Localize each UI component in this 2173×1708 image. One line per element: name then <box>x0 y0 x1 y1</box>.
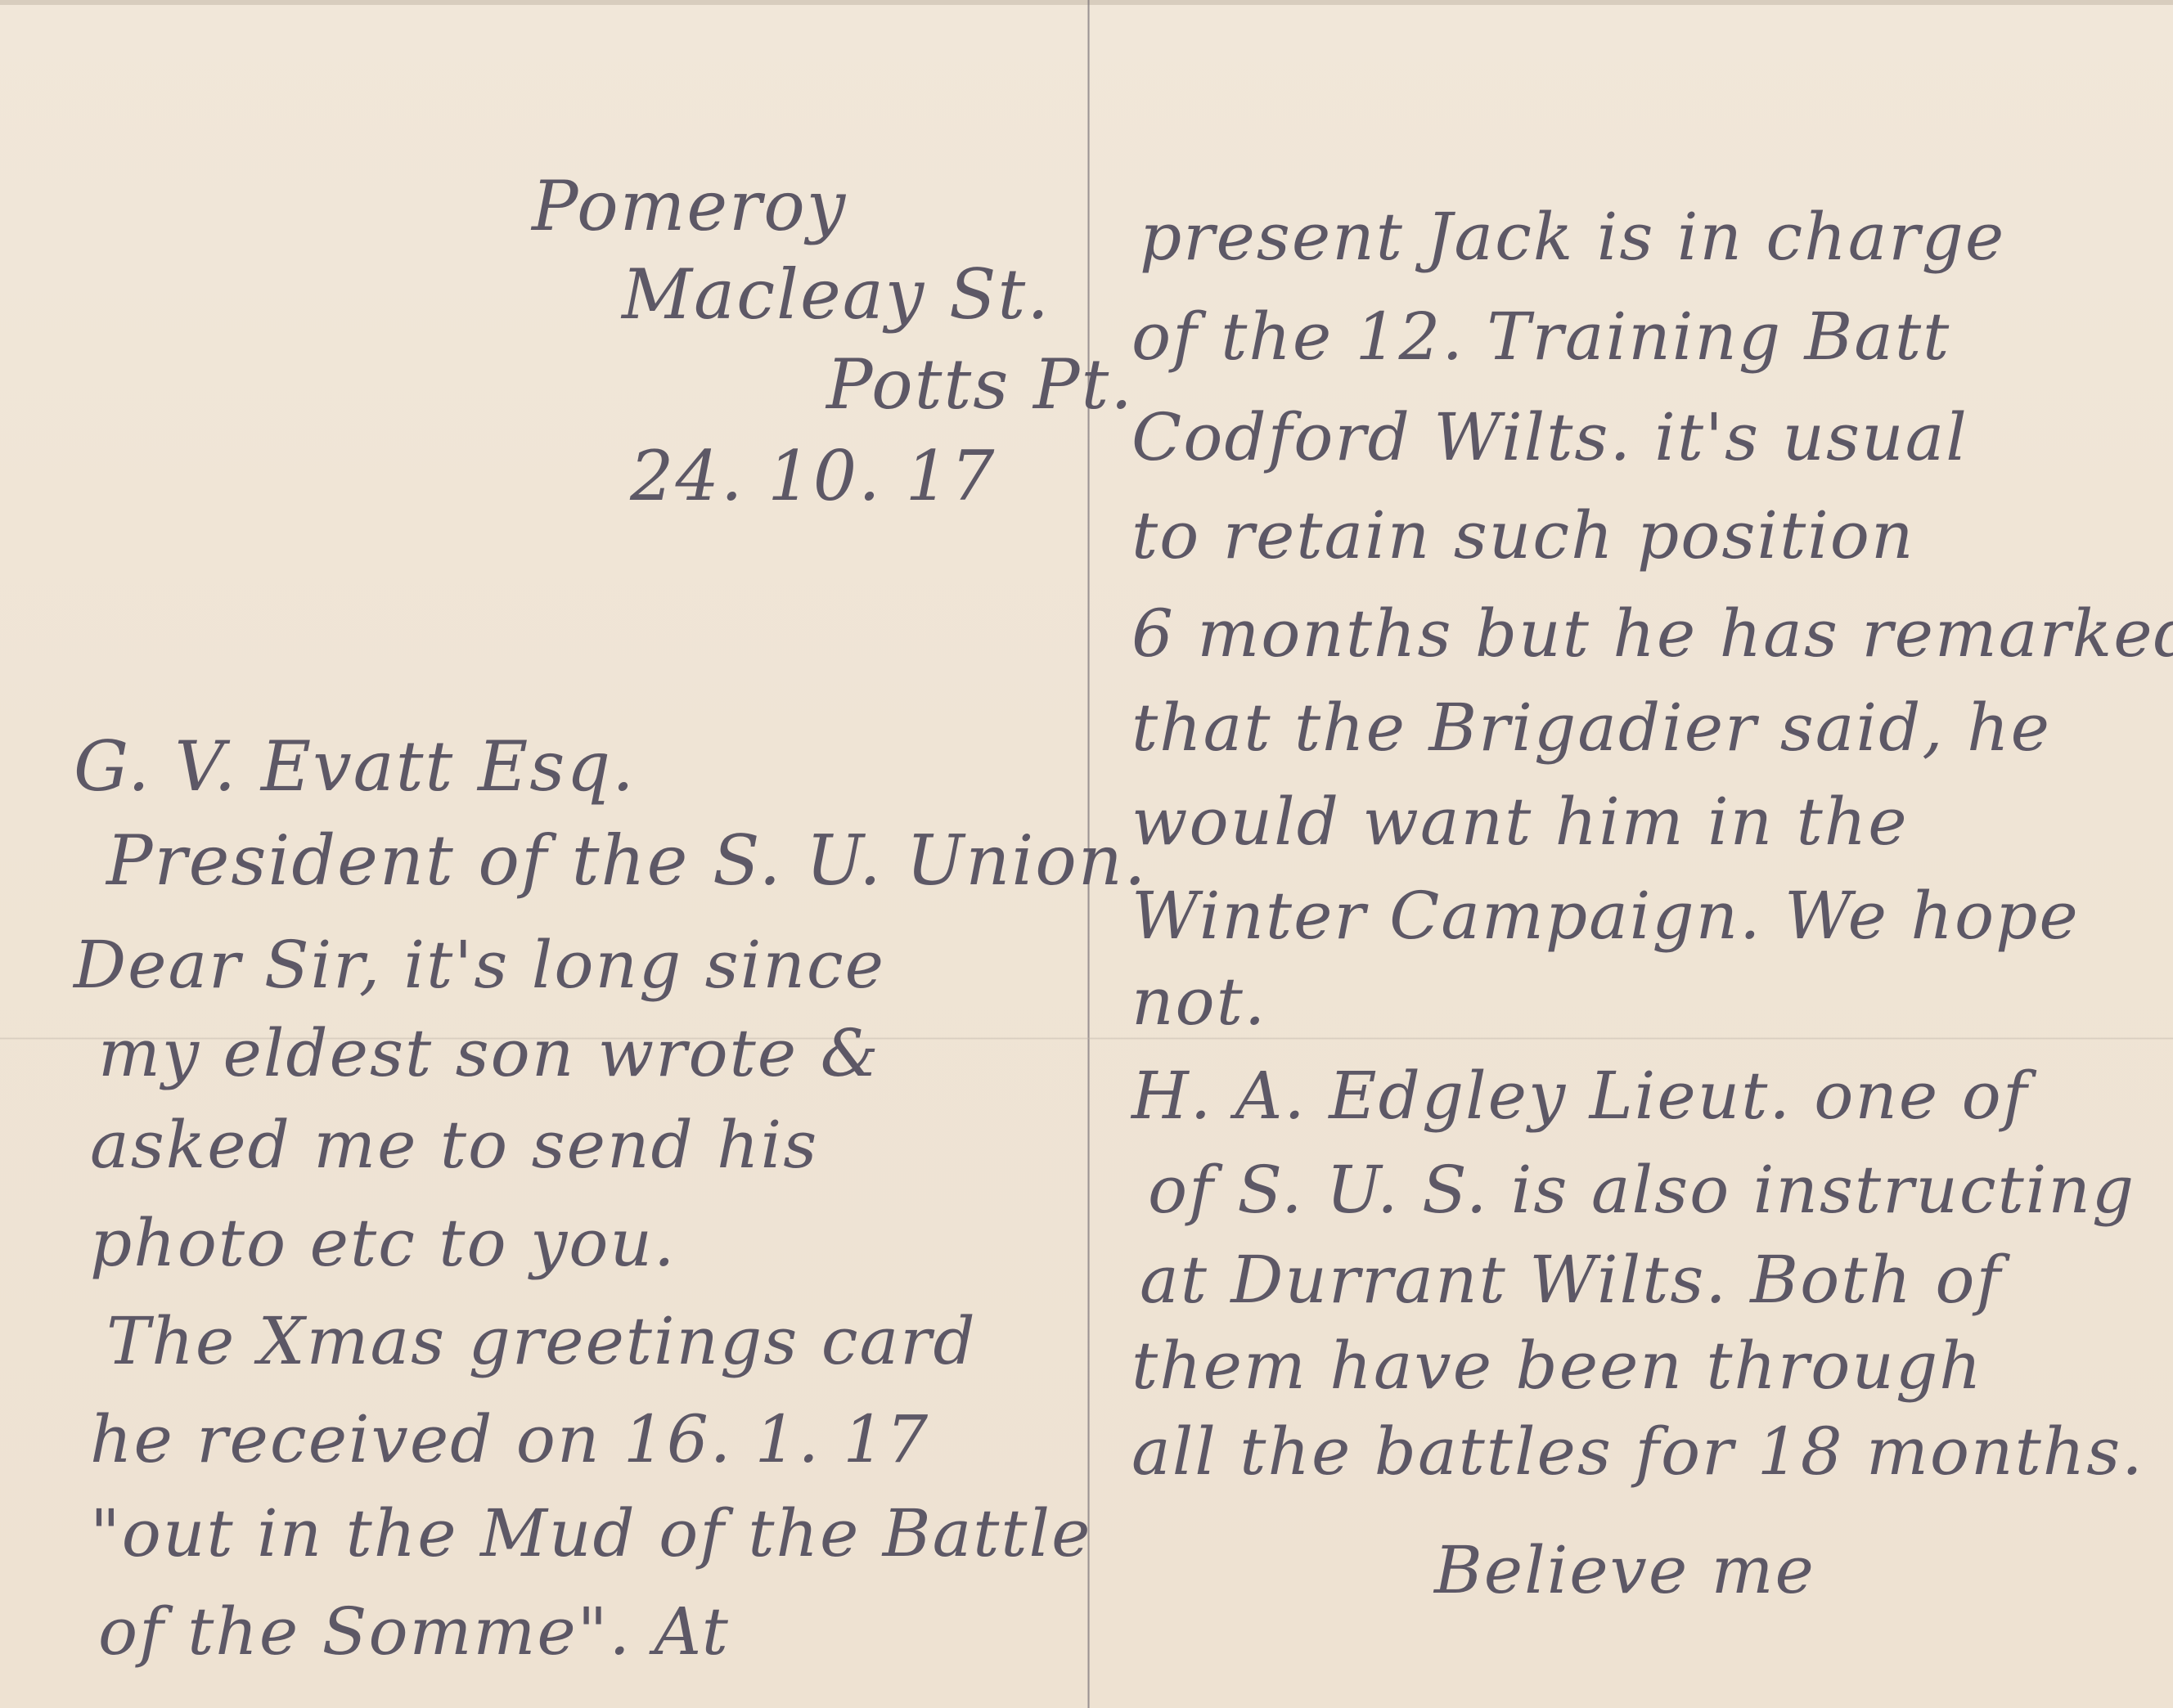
body-line: 6 months but he has remarked <box>1131 601 2173 667</box>
letter-sheet: Pomeroy Macleay St. Potts Pt. 24. 10. 17… <box>0 0 2173 1708</box>
body-line: asked me to send his <box>90 1112 818 1178</box>
body-line: Dear Sir, it's long since <box>74 933 885 998</box>
body-line: Winter Campaign. We hope <box>1131 883 2080 949</box>
body-line: Codford Wilts. it's usual <box>1131 405 1968 470</box>
right-page: present Jack is in charge of the 12. Tra… <box>1091 0 2173 1708</box>
body-line: he received on 16. 1. 17 <box>90 1407 929 1472</box>
body-line: The Xmas greetings card <box>106 1309 977 1374</box>
body-line: "out in the Mud of the Battle <box>90 1501 1091 1566</box>
body-line: H. A. Edgley Lieut. one of <box>1131 1063 2028 1129</box>
letter-date: 24. 10. 17 <box>630 442 996 510</box>
body-line: present Jack is in charge <box>1140 205 2005 270</box>
body-line: at Durrant Wilts. Both of <box>1140 1247 2002 1313</box>
body-line: not. <box>1131 969 1266 1035</box>
body-line: all the battles for 18 months. <box>1131 1419 2144 1485</box>
body-line: would want him in the <box>1131 789 1909 855</box>
addressee-name: G. V. Evatt Esq. <box>74 732 636 801</box>
address-house: Pomeroy <box>532 172 847 240</box>
body-line: of the Somme". At <box>98 1599 730 1665</box>
addressee-title: President of the S. U. Union. <box>106 826 1148 895</box>
body-line: of the 12. Training Batt <box>1131 304 1950 370</box>
body-line: them have been through <box>1131 1333 1983 1399</box>
left-page: Pomeroy Macleay St. Potts Pt. 24. 10. 17… <box>0 0 1088 1708</box>
address-suburb: Potts Pt. <box>826 350 1134 419</box>
closing-salutation: Believe me <box>1434 1538 1815 1603</box>
body-line: my eldest son wrote & <box>98 1021 880 1086</box>
body-line: that the Brigadier said, he <box>1131 695 2051 761</box>
body-line: to retain such position <box>1131 503 1914 569</box>
address-street: Macleay St. <box>622 260 1051 329</box>
body-line: of S. U. S. is also instructing <box>1148 1157 2135 1223</box>
body-line: photo etc to you. <box>90 1211 676 1276</box>
